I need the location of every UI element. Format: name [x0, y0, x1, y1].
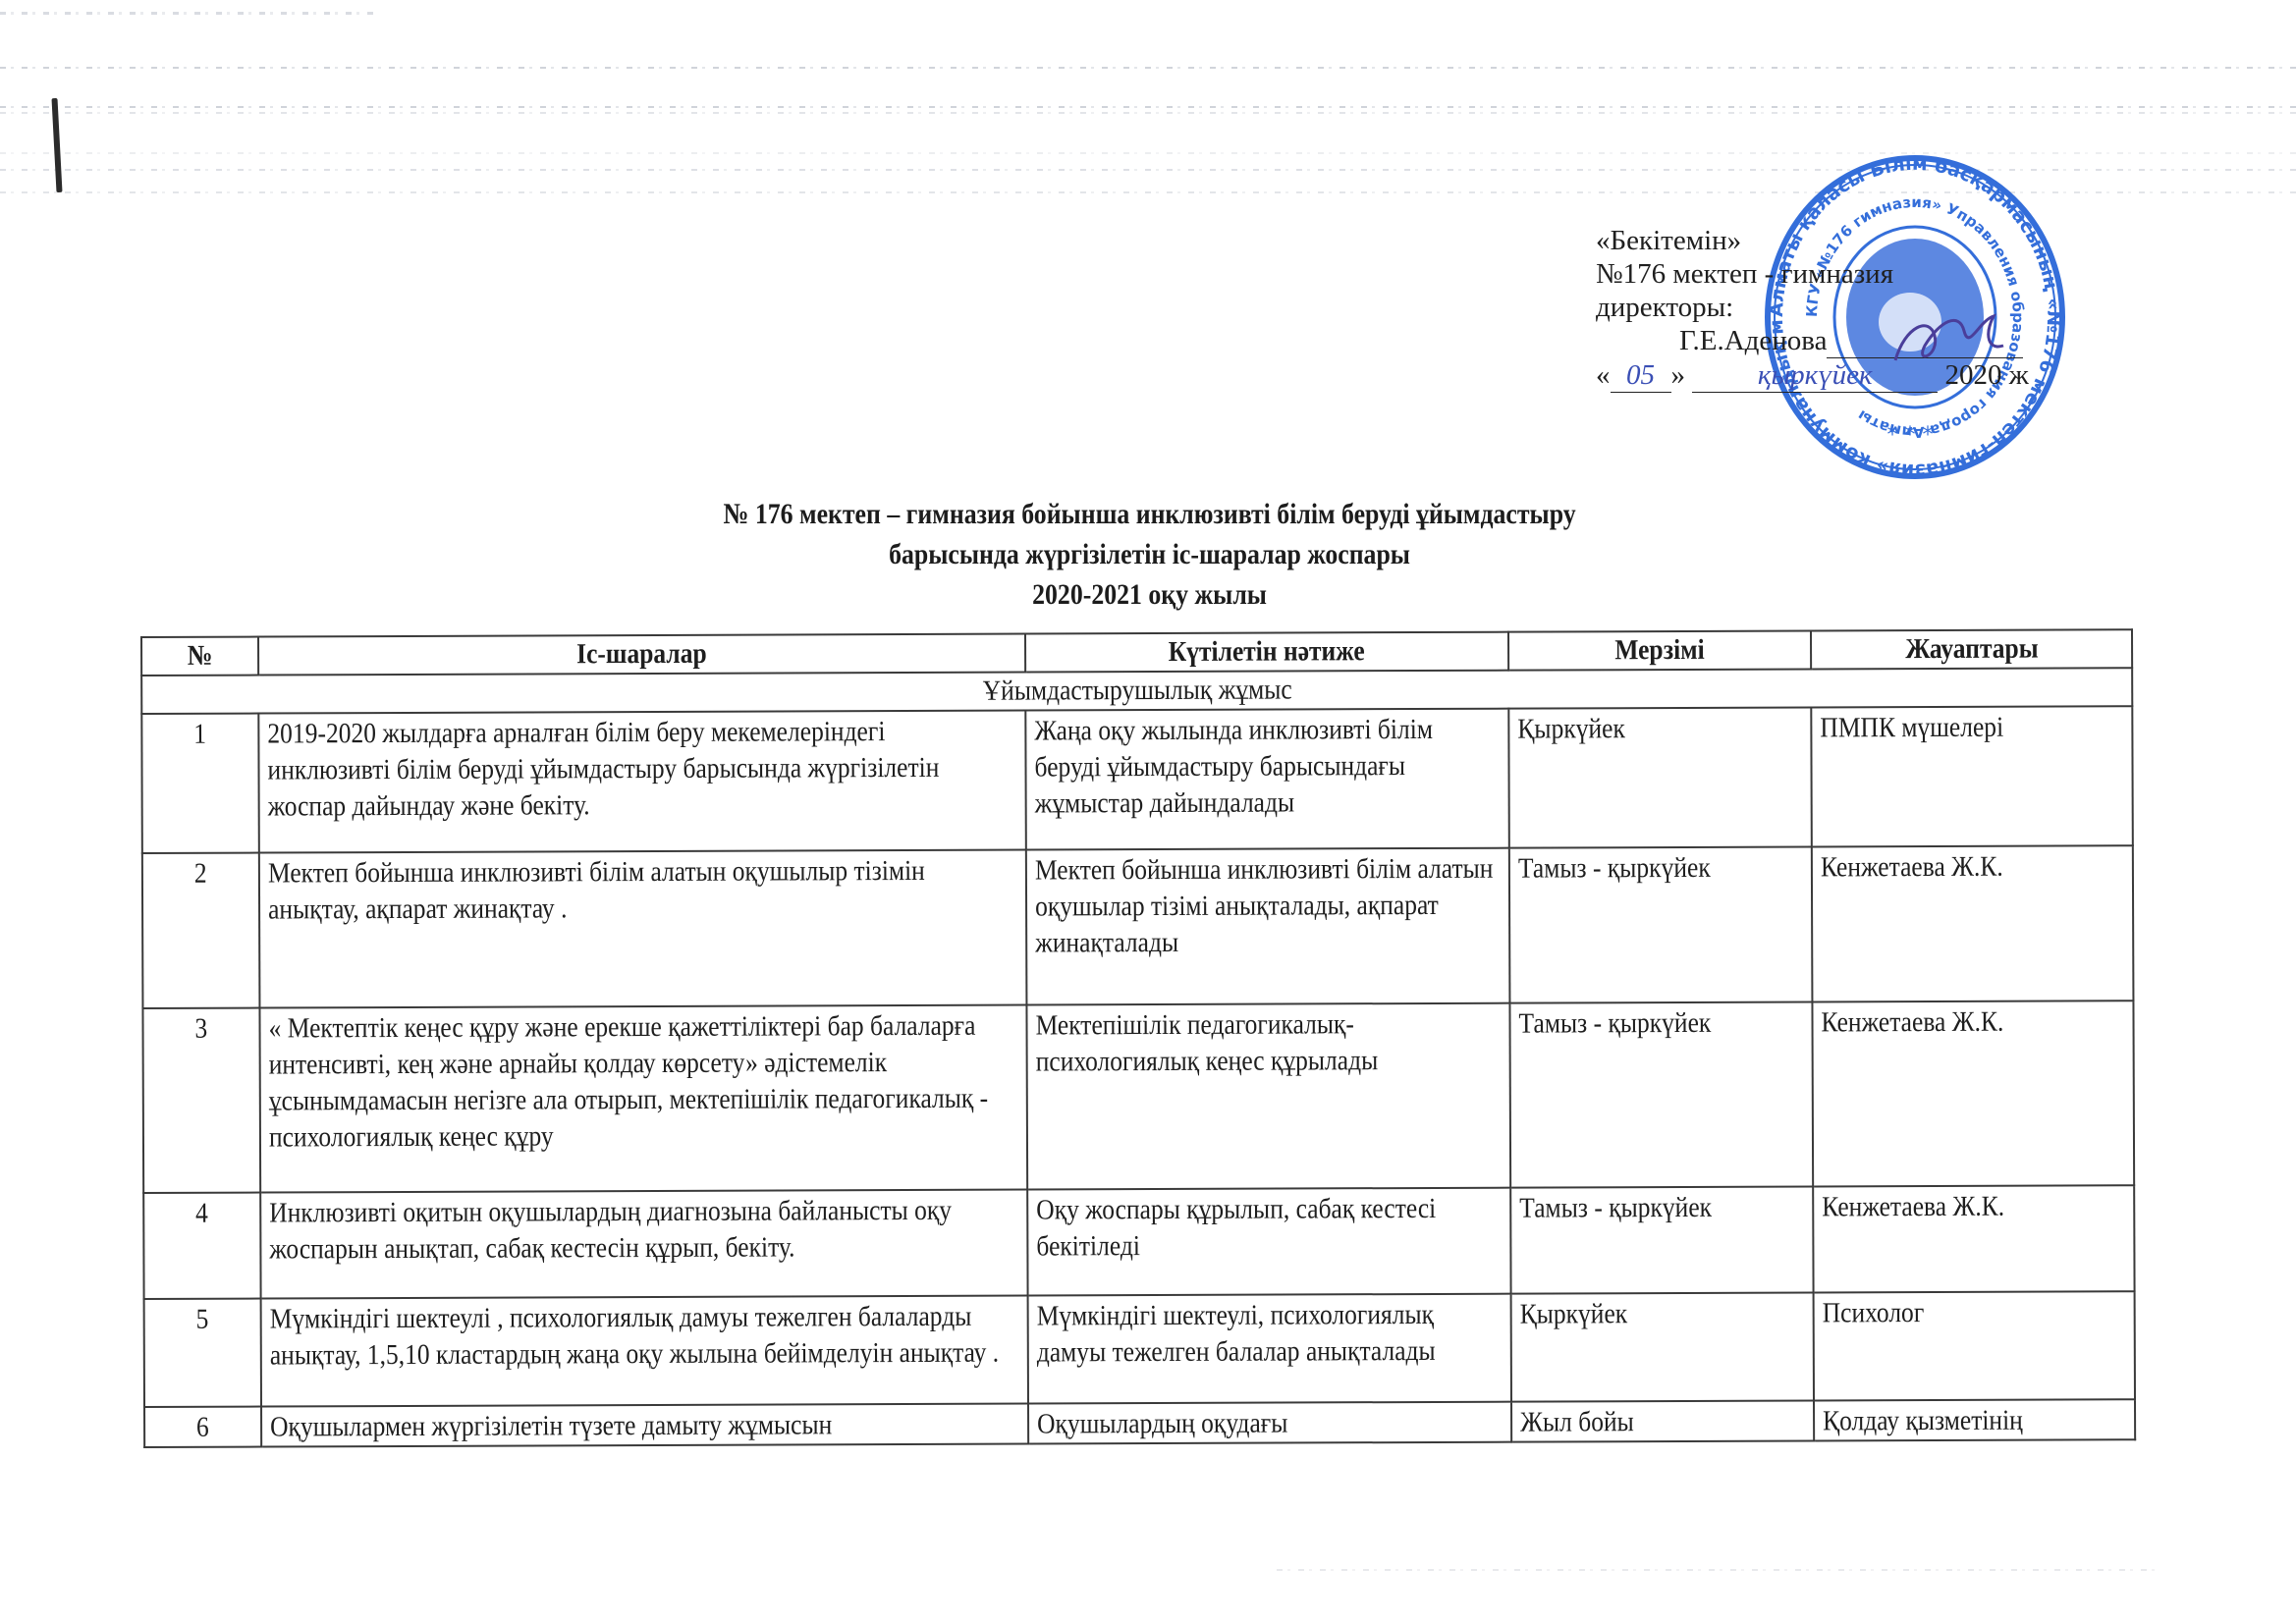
activity-plan-table: № Іс-шаралар Күтілетін нәтиже Мерзімі Жа… — [140, 628, 2136, 1448]
header-activities: Іс-шаралар — [258, 634, 1025, 676]
row-result: Жаңа оқу жылында инклюзивті білім беруді… — [1025, 709, 1509, 850]
date-open-quote: « — [1596, 359, 1611, 391]
title-line-1: № 176 мектеп – гимназия бойынша инклюзив… — [162, 494, 2137, 534]
row-activity: Оқушылармен жүргізілетін түзете дамыту ж… — [261, 1404, 1028, 1447]
approval-school: №176 мектеп - гимназия — [1596, 257, 2029, 291]
header-expected-result: Күтілетін нәтиже — [1025, 632, 1508, 673]
row-number: 2 — [142, 853, 260, 1008]
row-activity: Мүмкіндігі шектеулі , психологиялық даму… — [261, 1296, 1028, 1407]
row-number: 1 — [141, 714, 259, 853]
date-day: 05 — [1611, 358, 1671, 393]
scan-noise-line — [0, 106, 2296, 108]
row-deadline: Тамыз - қыркүйек — [1509, 1001, 1813, 1187]
row-responsible: Психолог — [1814, 1291, 2135, 1400]
svg-text:* * *: * * * — [1887, 423, 1934, 448]
header-deadline: Мерзімі — [1508, 630, 1811, 670]
table-row: 4 Инклюзивті оқитын оқушылардың диагнозы… — [143, 1185, 2134, 1299]
row-result: Мүмкіндігі шектеулі, психологиялық дамуы… — [1028, 1294, 1511, 1404]
scan-noise-line — [1277, 1569, 2160, 1571]
header-number: № — [141, 637, 258, 676]
scan-noise-line — [0, 152, 2296, 154]
row-activity: « Мектептік кеңес құру және ерекше қажет… — [259, 1005, 1027, 1193]
row-activity: Инклюзивті оқитын оқушылардың диагнозына… — [260, 1190, 1027, 1299]
row-result: Мектеп бойынша инклюзивті білім алатын о… — [1026, 848, 1510, 1005]
row-responsible: Кенжетаева Ж.К. — [1812, 845, 2134, 1001]
title-line-2: барысында жүргізілетін іс-шаралар жоспар… — [162, 534, 2137, 574]
scan-noise-line — [0, 12, 373, 15]
row-activity: Мектеп бойынша инклюзивті білім алатын о… — [259, 850, 1027, 1008]
scan-mark — [51, 98, 62, 192]
row-responsible: Қолдау қызметінің — [1814, 1399, 2135, 1440]
row-responsible: Кенжетаева Ж.К. — [1812, 1001, 2134, 1186]
row-result: Оқушылардың оқудағы — [1028, 1402, 1511, 1444]
row-responsible: Кенжетаева Ж.К. — [1813, 1185, 2134, 1292]
document-title: № 176 мектеп – гимназия бойынша инклюзив… — [162, 494, 2137, 615]
row-responsible: ПМПК мүшелері — [1811, 706, 2133, 846]
table-row: 2 Мектеп бойынша инклюзивті білім алатын… — [142, 845, 2134, 1008]
table-row: 1 2019-2020 жылдарға арналған білім беру… — [141, 706, 2133, 853]
row-number: 5 — [144, 1299, 261, 1407]
table-row: 3 « Мектептік кеңес құру және ерекше қаж… — [142, 1001, 2134, 1193]
row-deadline: Тамыз - қыркүйек — [1510, 1186, 1813, 1293]
title-line-3: 2020-2021 оқу жылы — [162, 574, 2137, 615]
date-close-quote: » — [1671, 359, 1686, 391]
table-row: 6 Оқушылармен жүргізілетін түзете дамыту… — [144, 1399, 2135, 1447]
row-activity: 2019-2020 жылдарға арналған білім беру м… — [258, 711, 1026, 853]
row-number: 6 — [144, 1407, 261, 1447]
table-row: 5 Мүмкіндігі шектеулі , психологиялық да… — [144, 1291, 2135, 1407]
header-responsible: Жауаптары — [1811, 629, 2132, 669]
row-deadline: Қыркүйек — [1511, 1292, 1814, 1401]
row-deadline: Қыркүйек — [1508, 707, 1812, 847]
scan-noise-line — [0, 67, 2296, 69]
approval-title: «Бекітемін» — [1596, 224, 2029, 257]
row-result: Мектепішілік педагогикалық-психологиялық… — [1026, 1003, 1510, 1190]
director-name: Г.Е.Аденова — [1679, 325, 1827, 356]
signature-icon — [1886, 306, 2013, 375]
row-deadline: Тамыз - қыркүйек — [1509, 846, 1813, 1002]
row-number: 3 — [142, 1008, 260, 1193]
row-number: 4 — [143, 1193, 260, 1299]
row-deadline: Жыл бойы — [1511, 1400, 1814, 1441]
scan-noise-line — [0, 112, 2296, 114]
row-result: Оқу жоспары құрылып, сабақ кестесі бекіт… — [1027, 1188, 1510, 1296]
